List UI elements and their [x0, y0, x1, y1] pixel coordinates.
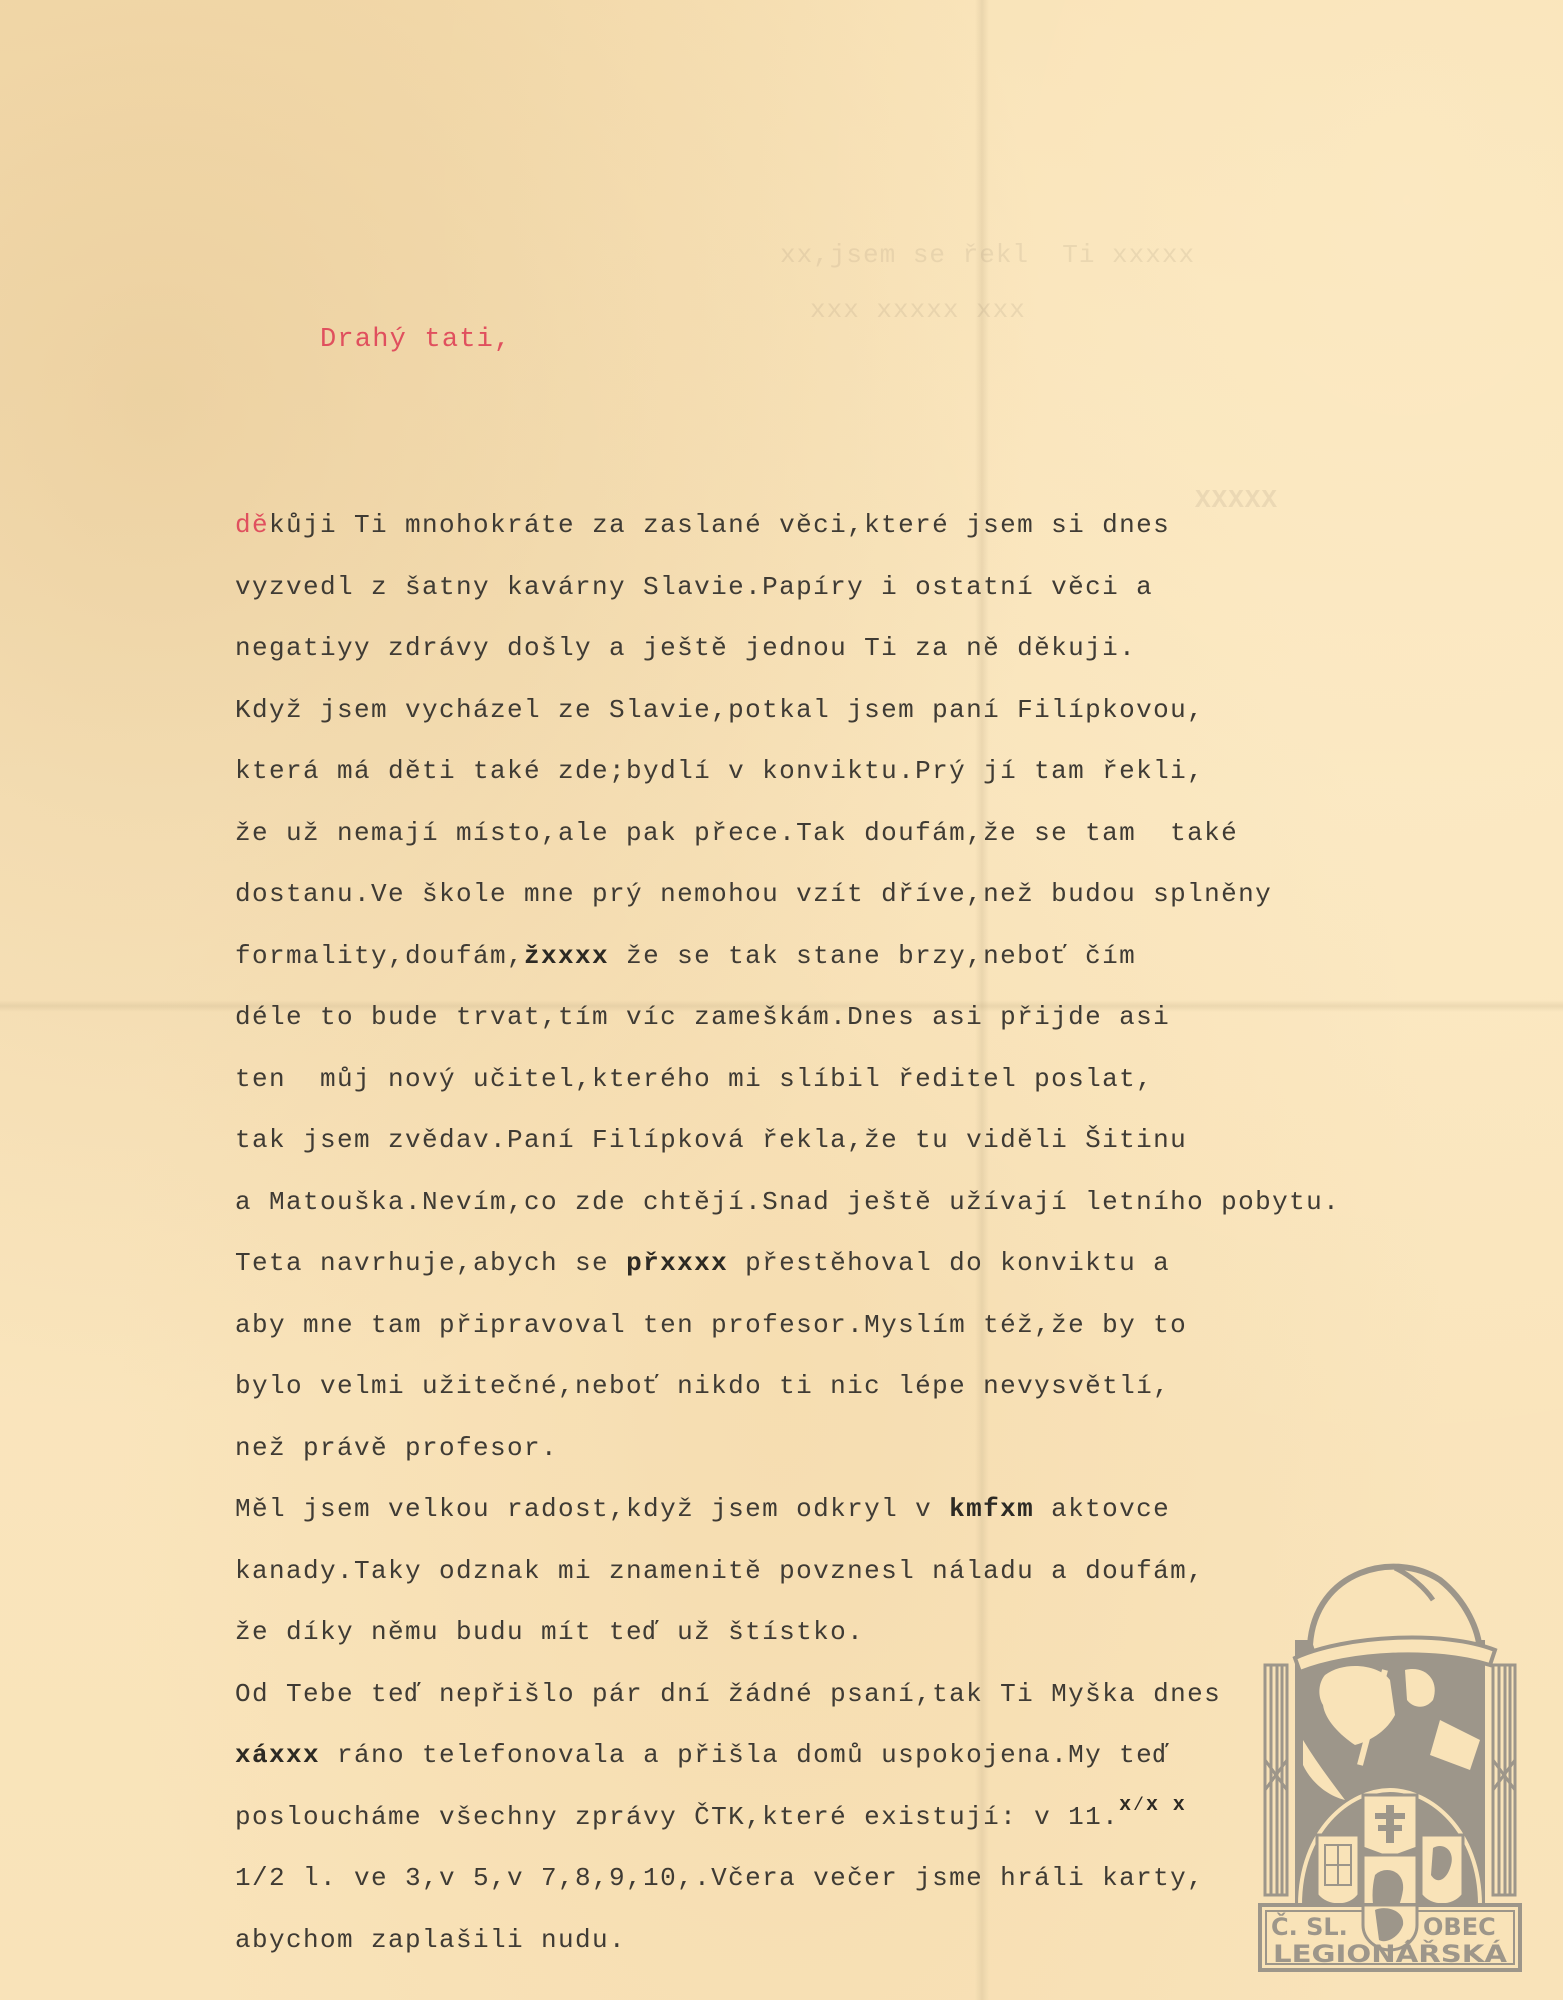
- letter-line: děkůji Ti mnohokráte za zaslané věci,kte…: [235, 505, 1435, 567]
- line-text: Měl jsem velkou radost,když jsem odkryl …: [235, 1494, 949, 1524]
- line-text: posloucháme všechny zprávy ČTK,které exi…: [235, 1802, 1119, 1832]
- letter-line: a Matouška.Nevím,co zde chtějí.Snad ješt…: [235, 1182, 1435, 1244]
- letter-line: formality,doufám,žxxxx že se tak stane b…: [235, 936, 1435, 998]
- letter-line: aby mne tam připravoval ten profesor.Mys…: [235, 1305, 1435, 1367]
- letter-line: dostanu.Ve škole mne prý nemohou vzít dř…: [235, 874, 1435, 936]
- line-text: aktovce: [1034, 1494, 1170, 1524]
- red-ink-fragment: dě: [235, 510, 269, 540]
- legion-emblem: Č. SL. OBEC LEGIONÁŘSKÁ: [1255, 1530, 1525, 1975]
- bleed-through-text: xxx xxxxx xxx: [810, 295, 1026, 325]
- line-text: Teta navrhuje,abych se: [235, 1248, 626, 1278]
- line-text: přestěhoval do konviktu a: [728, 1248, 1170, 1278]
- bleed-through-text: xx,jsem se řekl Ti xxxxx: [780, 240, 1195, 270]
- letter-line: Teta navrhuje,abych se přxxxx přestěhova…: [235, 1243, 1435, 1305]
- letter-line: tak jsem zvědav.Paní Filípková řekla,že …: [235, 1120, 1435, 1182]
- letter-line: že už nemají místo,ale pak přece.Tak dou…: [235, 813, 1435, 875]
- line-text: ráno telefonovala a přišla domů uspokoje…: [320, 1740, 1170, 1770]
- letter-line: která má děti také zde;bydlí v konviktu.…: [235, 751, 1435, 813]
- struck-out-superscript: x⁄x x: [1119, 1794, 1186, 1817]
- legionnaire-helmet-icon: Č. SL. OBEC LEGIONÁŘSKÁ: [1255, 1530, 1525, 1975]
- line-text: formality,doufám,: [235, 941, 524, 971]
- emblem-text-bottom: LEGIONÁŘSKÁ: [1273, 1939, 1508, 1968]
- letter-line: než právě profesor.: [235, 1428, 1435, 1490]
- letter-line: bylo velmi užitečné,neboť nikdo ti nic l…: [235, 1366, 1435, 1428]
- salutation: Drahý tati,: [320, 325, 511, 355]
- line-text: kůji Ti mnohokráte za zaslané věci,které…: [269, 510, 1170, 540]
- struck-out-text: přxxxx: [626, 1248, 728, 1278]
- emblem-text-right: OBEC: [1423, 1913, 1496, 1941]
- struck-out-text: kmfxm: [949, 1494, 1034, 1524]
- letter-page: xx,jsem se řekl Ti xxxxx xxx xxxxx xxx X…: [0, 0, 1563, 2000]
- emblem-text-left: Č. SL.: [1271, 1911, 1348, 1941]
- letter-line: Když jsem vycházel ze Slavie,potkal jsem…: [235, 690, 1435, 752]
- letter-line: vyzvedl z šatny kavárny Slavie.Papíry i …: [235, 567, 1435, 629]
- letter-line: déle to bude trvat,tím víc zameškám.Dnes…: [235, 997, 1435, 1059]
- line-text: že se tak stane brzy,neboť čím: [609, 941, 1136, 971]
- letter-line: ten můj nový učitel,kterého mi slíbil ře…: [235, 1059, 1435, 1121]
- struck-out-text: žxxxx: [524, 941, 609, 971]
- struck-out-text: xáxxx: [235, 1740, 320, 1770]
- letter-line: negatiyy zdrávy došly a ještě jednou Ti …: [235, 628, 1435, 690]
